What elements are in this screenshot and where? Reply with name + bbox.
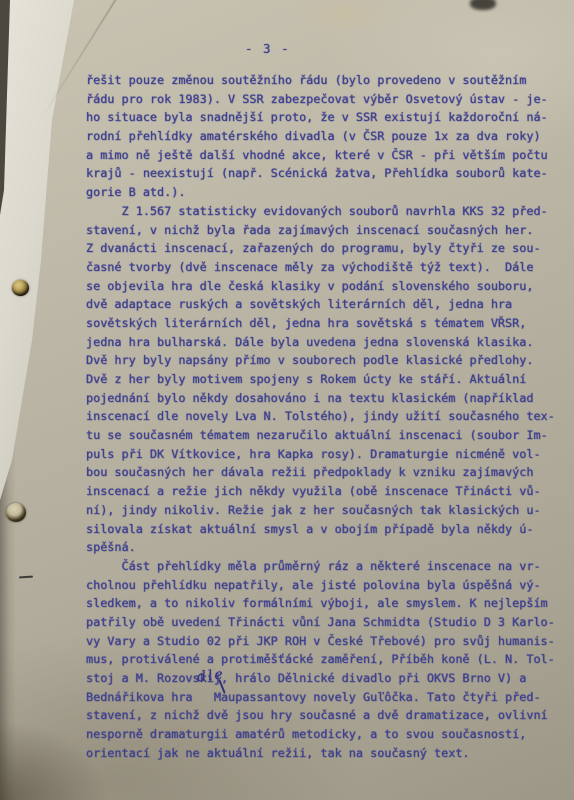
text-line: mus, protiválené a protiměšťácké zaměřen… xyxy=(86,650,566,669)
text-line: Z 1.567 statisticky evidovaných souborů … xyxy=(86,202,566,221)
text-line: rodní přehlídky amatérského divadla (v Č… xyxy=(86,127,566,146)
text-line: se objevila hra dle česká klasiky v podá… xyxy=(86,277,566,296)
text-line: puls při DK Vítkovice, hra Kapka rosy). … xyxy=(86,445,566,464)
text-line: časné tvorby (dvě inscenace měly za vých… xyxy=(86,258,566,277)
typewritten-text-block: řešit pouze změnou soutěžního řádu (bylo… xyxy=(86,71,566,762)
text-line: pojednání bylo někdy dosahováno i na tex… xyxy=(86,389,566,408)
text-line: tu se současném tématem nezaručilo aktuá… xyxy=(86,426,566,445)
text-line: Z dvanácti inscenací, zařazených do prog… xyxy=(86,239,566,258)
top-edge-smudge xyxy=(470,0,496,10)
text-line: sledkem, a to nikoliv formálními výboji,… xyxy=(86,594,566,613)
text-line: sovětských literárních děl, jedna hra so… xyxy=(86,314,566,333)
text-line: nesporně dramaturgii amatérů metodicky, … xyxy=(86,725,566,744)
text-line: orientací jak ne aktuální režii, tak na … xyxy=(86,744,566,763)
text-line: silovala získat aktuální smysl a v obojí… xyxy=(86,520,566,539)
text-line: bou současných her dávala režii předpokl… xyxy=(86,463,566,482)
text-line: cholnou přehlídku nepatřily, ale jisté p… xyxy=(86,576,566,595)
text-line: spěšná. xyxy=(86,538,566,557)
text-line: stoj a M. Rozovskij, hrálo Dělnické diva… xyxy=(86,669,566,688)
text-line: jedna hra bulharská. Dále byla uvedena j… xyxy=(86,333,566,352)
text-line: Dvě z her byly motivem spojeny s Rokem ú… xyxy=(86,370,566,389)
text-line: a mimo ně ještě další vhodné akce, které… xyxy=(86,146,566,165)
text-line: Bednářikova hra Maupassantovy novely Guľ… xyxy=(86,688,566,707)
text-line: dvě adaptace ruských a sovětských literá… xyxy=(86,295,566,314)
text-line: řešit pouze změnou soutěžního řádu (bylo… xyxy=(86,71,566,90)
text-line: řádu pro rok 1983). V SSR zabezpečovat v… xyxy=(86,90,566,109)
text-line: inscenací dle novely Lva N. Tolstého), j… xyxy=(86,407,566,426)
text-line: inscenací a režie jich někdy využila (ob… xyxy=(86,482,566,501)
text-line: ho situace byla snadnější proto, že v SS… xyxy=(86,108,566,127)
punch-hole-top xyxy=(12,280,29,296)
text-line: stavení, z nichž dvě jsou hry současné a… xyxy=(86,706,566,725)
text-line: gorie B atd.). xyxy=(86,183,566,202)
text-line: ní), jindy nikoliv. Režie jak z her souč… xyxy=(86,501,566,520)
scanned-document-page: - 3 - řešit pouze změnou soutěžního řádu… xyxy=(0,0,574,800)
page-number: - 3 - xyxy=(245,41,290,56)
punch-hole-bottom xyxy=(6,503,26,522)
text-line: krajů - neexistují (např. Scénická žatva… xyxy=(86,164,566,183)
text-line: vy Vary a Studio 02 při JKP ROH v České … xyxy=(86,632,566,651)
text-line: patřily obě uvedení Třinácti vůní Jana S… xyxy=(86,613,566,632)
text-line: Část přehlídky měla průměrný ráz a někte… xyxy=(86,557,566,576)
text-line: stavení, v nichž byla řada zajímavých in… xyxy=(86,221,566,240)
text-line: Dvě hry byly napsány přímo v souborech p… xyxy=(86,351,566,370)
